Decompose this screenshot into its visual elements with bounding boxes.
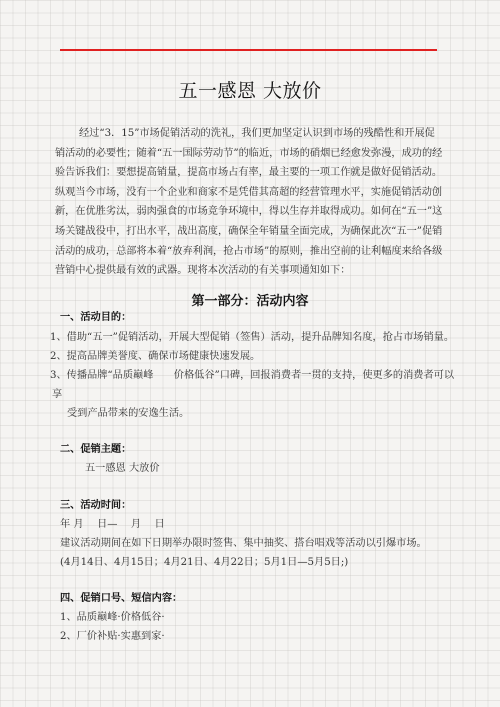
time-suggestion: 建议活动期间在如下日期举办限时签售、集中抽奖、搭台唱戏等活动以引爆市场。 xyxy=(60,534,427,549)
goal-item-2: 2、提高品牌美誉度、确保市场健康快速发展。 xyxy=(50,347,260,362)
goal-heading: 一、活动目的： xyxy=(60,308,131,323)
goal-item-3-wrap: 享 xyxy=(52,385,62,400)
document-title: 五一感恩 大放价 xyxy=(0,76,500,103)
intro-paragraph: 经过“3．15”市场促销活动的洗礼，我们更加坚定认识到市场的残酷性和开展促销活动… xyxy=(55,124,445,281)
slogan-item-2: 2、厂价补贴·实惠到家· xyxy=(60,627,165,642)
part1-heading: 第一部分：活动内容 xyxy=(0,290,500,309)
time-heading: 三、活动时间： xyxy=(60,496,131,511)
goal-item-3: 3、传播品牌“品质巅峰 价格低谷”口碑，回报消费者一贯的支持，使更多的消费者可以 xyxy=(50,366,454,381)
slogans-heading: 四、促销口号、短信内容： xyxy=(60,589,182,604)
header-rule xyxy=(60,49,437,51)
theme-heading: 二、促销主题： xyxy=(60,440,131,455)
intro-text: 经过“3．15”市场促销活动的洗礼，我们更加坚定认识到市场的残酷性和开展促销活动… xyxy=(55,128,442,276)
goal-item-3-cont: 受到产品带来的安逸生活。 xyxy=(67,404,189,419)
time-template: 年 月 日— 月 日 xyxy=(60,515,165,530)
slogan-item-1: 1、品质巅峰·价格低谷· xyxy=(60,608,165,623)
time-dates: (4月14日、4月15日；4月21日、4月22日；5月1日—5月5日;) xyxy=(60,553,348,568)
goal-item-1: 1、借助“五一”促销活动，开展大型促销（签售）活动，提升品牌知名度，抢占市场销量… xyxy=(50,328,454,343)
theme-text: 五一感恩 大放价 xyxy=(85,459,160,474)
